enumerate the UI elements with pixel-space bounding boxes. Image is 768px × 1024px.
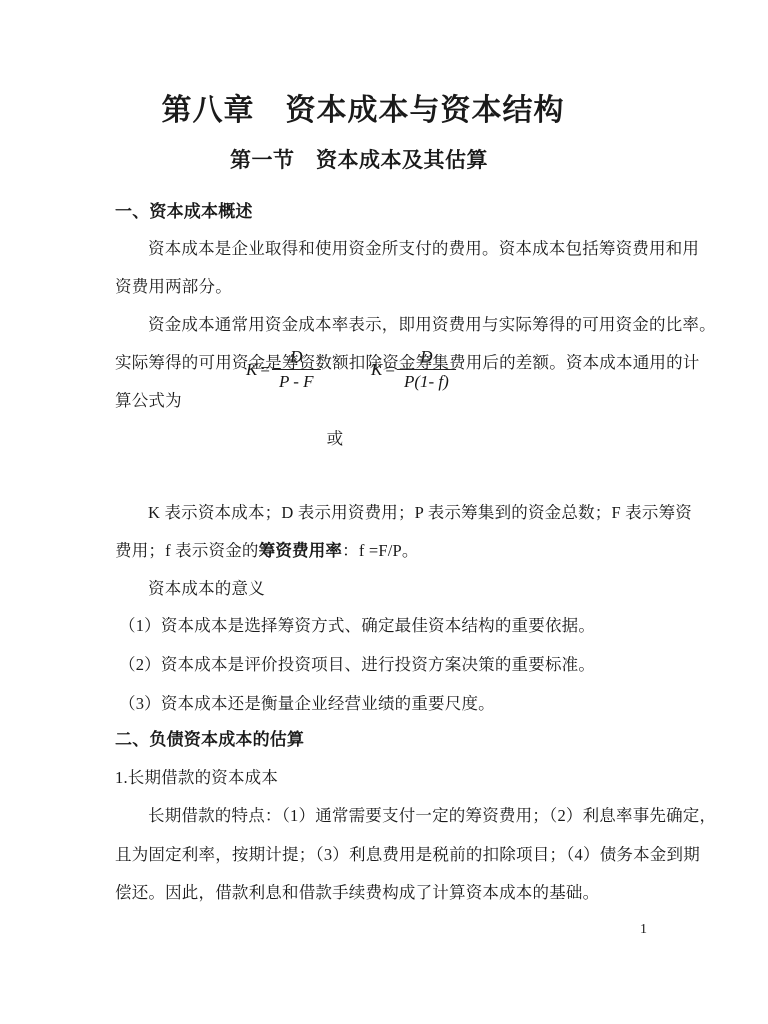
paragraph-line: 资本成本是企业取得和使用资金所支付的费用。资本成本包括筹资费用和用	[115, 230, 668, 268]
paragraph-line: 资本成本的意义	[115, 570, 668, 608]
list-item: （2）资本成本是评价投资项目、进行投资方案决策的重要标准。	[119, 646, 672, 684]
paragraph-line: 费用；f 表示资金的筹资费用率：f =F/P。	[115, 532, 668, 570]
formula-lhs: K	[371, 361, 382, 378]
section-title: 第一节 资本成本及其估算	[0, 144, 718, 178]
paragraph-line: 偿还。因此，借款利息和借款手续费构成了计算资本成本的基础。	[115, 874, 668, 912]
list-item: （3）资本成本还是衡量企业经营业绩的重要尺度。	[119, 685, 672, 723]
chapter-title: 第八章 资本成本与资本结构	[0, 88, 726, 134]
page-number: 1	[640, 918, 647, 942]
denominator: P - F	[272, 369, 321, 392]
paragraph-line: 长期借款的特点：（1）通常需要支付一定的筹资费用；（2）利息率事先确定，	[115, 797, 668, 835]
text-segment: 费用；f 表示资金的	[115, 541, 259, 560]
formula-cost-of-capital-2: K=DP(1- f)	[371, 346, 456, 392]
paragraph-line: 且为固定利率，按期计提；（3）利息费用是税前的扣除项目；（4）债务本金到期	[115, 836, 668, 874]
formula-cost-of-capital-1: K=DP - F	[246, 346, 321, 392]
equals-sign: =	[260, 361, 270, 378]
heading-capital-cost-overview: 一、资本成本概述	[115, 193, 668, 231]
subheading-longterm-loan: 1.长期借款的资本成本	[115, 759, 668, 797]
paragraph-line: 资费用两部分。	[115, 268, 668, 306]
document-page: 第八章 资本成本与资本结构 第一节 资本成本及其估算 一、资本成本概述 资本成本…	[0, 0, 768, 1024]
denominator: P(1- f)	[397, 369, 456, 392]
numerator: D	[416, 347, 436, 369]
fraction: DP - F	[272, 347, 321, 391]
text-segment: ：f =F/P。	[342, 541, 418, 560]
list-item: （1）资本成本是选择筹资方式、确定最佳资本结构的重要依据。	[119, 607, 672, 645]
or-connector: 或	[115, 420, 555, 458]
paragraph-line: 资金成本通常用资金成本率表示，即用资费用与实际筹得的可用资金的比率。	[115, 306, 668, 344]
equals-sign: =	[385, 361, 395, 378]
paragraph-line: K 表示资本成本；D 表示用资费用；P 表示筹集到的资金总数；F 表示筹资	[115, 494, 668, 532]
heading-debt-capital-cost: 二、负债资本成本的估算	[115, 721, 668, 759]
fraction: DP(1- f)	[397, 347, 456, 391]
formula-lhs: K	[246, 361, 257, 378]
bold-term-financing-fee-rate: 筹资费用率	[259, 542, 343, 560]
numerator: D	[286, 347, 306, 369]
